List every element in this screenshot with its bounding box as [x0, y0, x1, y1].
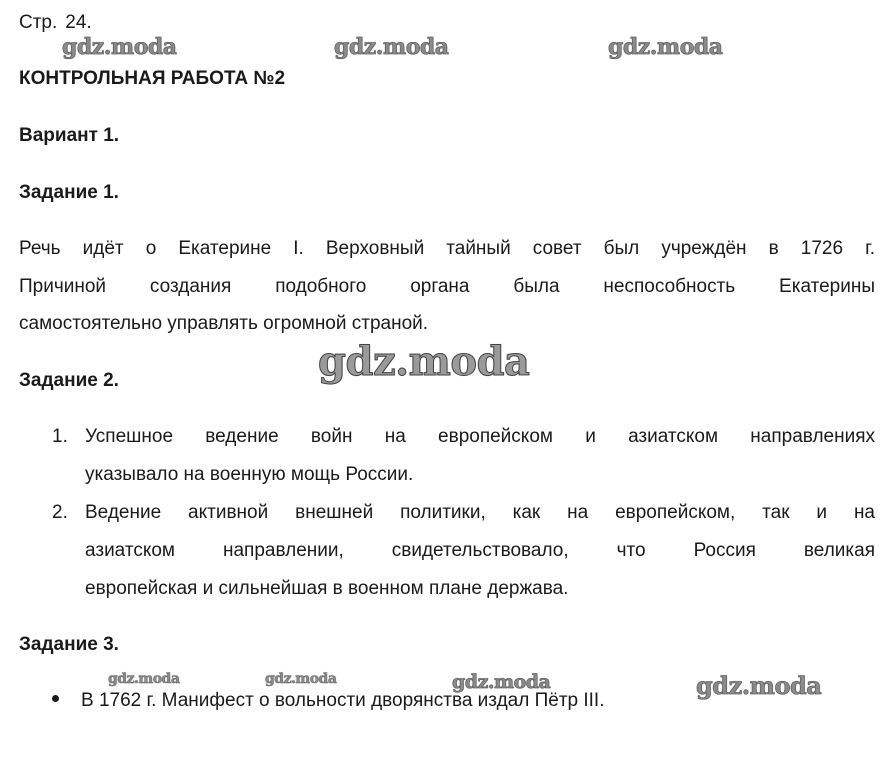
- bullet-text: В 1762 г. Манифест о вольности дворянств…: [81, 690, 604, 711]
- page-label: Стр.: [19, 12, 57, 33]
- watermark-small: gdz.moda: [108, 671, 179, 687]
- item-line: Ведение активной внешней политики, как н…: [85, 494, 875, 532]
- document-title: КОНТРОЛЬНАЯ РАБОТА №2: [19, 68, 285, 90]
- item-number: 2.: [52, 494, 68, 532]
- watermark: gdz.moda: [696, 671, 821, 700]
- bullet-item: В 1762 г. Манифест о вольности дворянств…: [52, 690, 604, 712]
- watermark: gdz.moda: [334, 34, 449, 60]
- bullet-icon: [52, 695, 59, 702]
- task-1-answer: Речь идёт о Екатерине I. Верховный тайны…: [19, 230, 875, 343]
- task-3-heading: Задание 3.: [19, 634, 119, 656]
- watermark: gdz.moda: [62, 34, 177, 60]
- variant-heading: Вариант 1.: [19, 125, 119, 147]
- item-line: европейская и сильнейшая в военном плане…: [85, 570, 875, 608]
- item-number: 1.: [52, 418, 68, 456]
- page-number-value: 24.: [65, 12, 91, 33]
- task-1-heading: Задание 1.: [19, 182, 119, 204]
- page-number: Стр.24.: [19, 12, 92, 34]
- watermark-large: gdz.moda: [318, 338, 529, 385]
- task-2-heading: Задание 2.: [19, 370, 119, 392]
- watermark: gdz.moda: [608, 34, 723, 60]
- answer-line: Речь идёт о Екатерине I. Верховный тайны…: [19, 230, 875, 268]
- item-line: Успешное ведение войн на европейском и а…: [85, 418, 875, 456]
- item-line: азиатском направлении, свидетельствовало…: [85, 532, 875, 570]
- item-line: указывало на военную мощь России.: [85, 456, 875, 494]
- watermark-small: gdz.moda: [265, 671, 336, 687]
- answer-line: самостоятельно управлять огромной страно…: [19, 305, 875, 343]
- answer-line: Причиной создания подобного органа была …: [19, 268, 875, 306]
